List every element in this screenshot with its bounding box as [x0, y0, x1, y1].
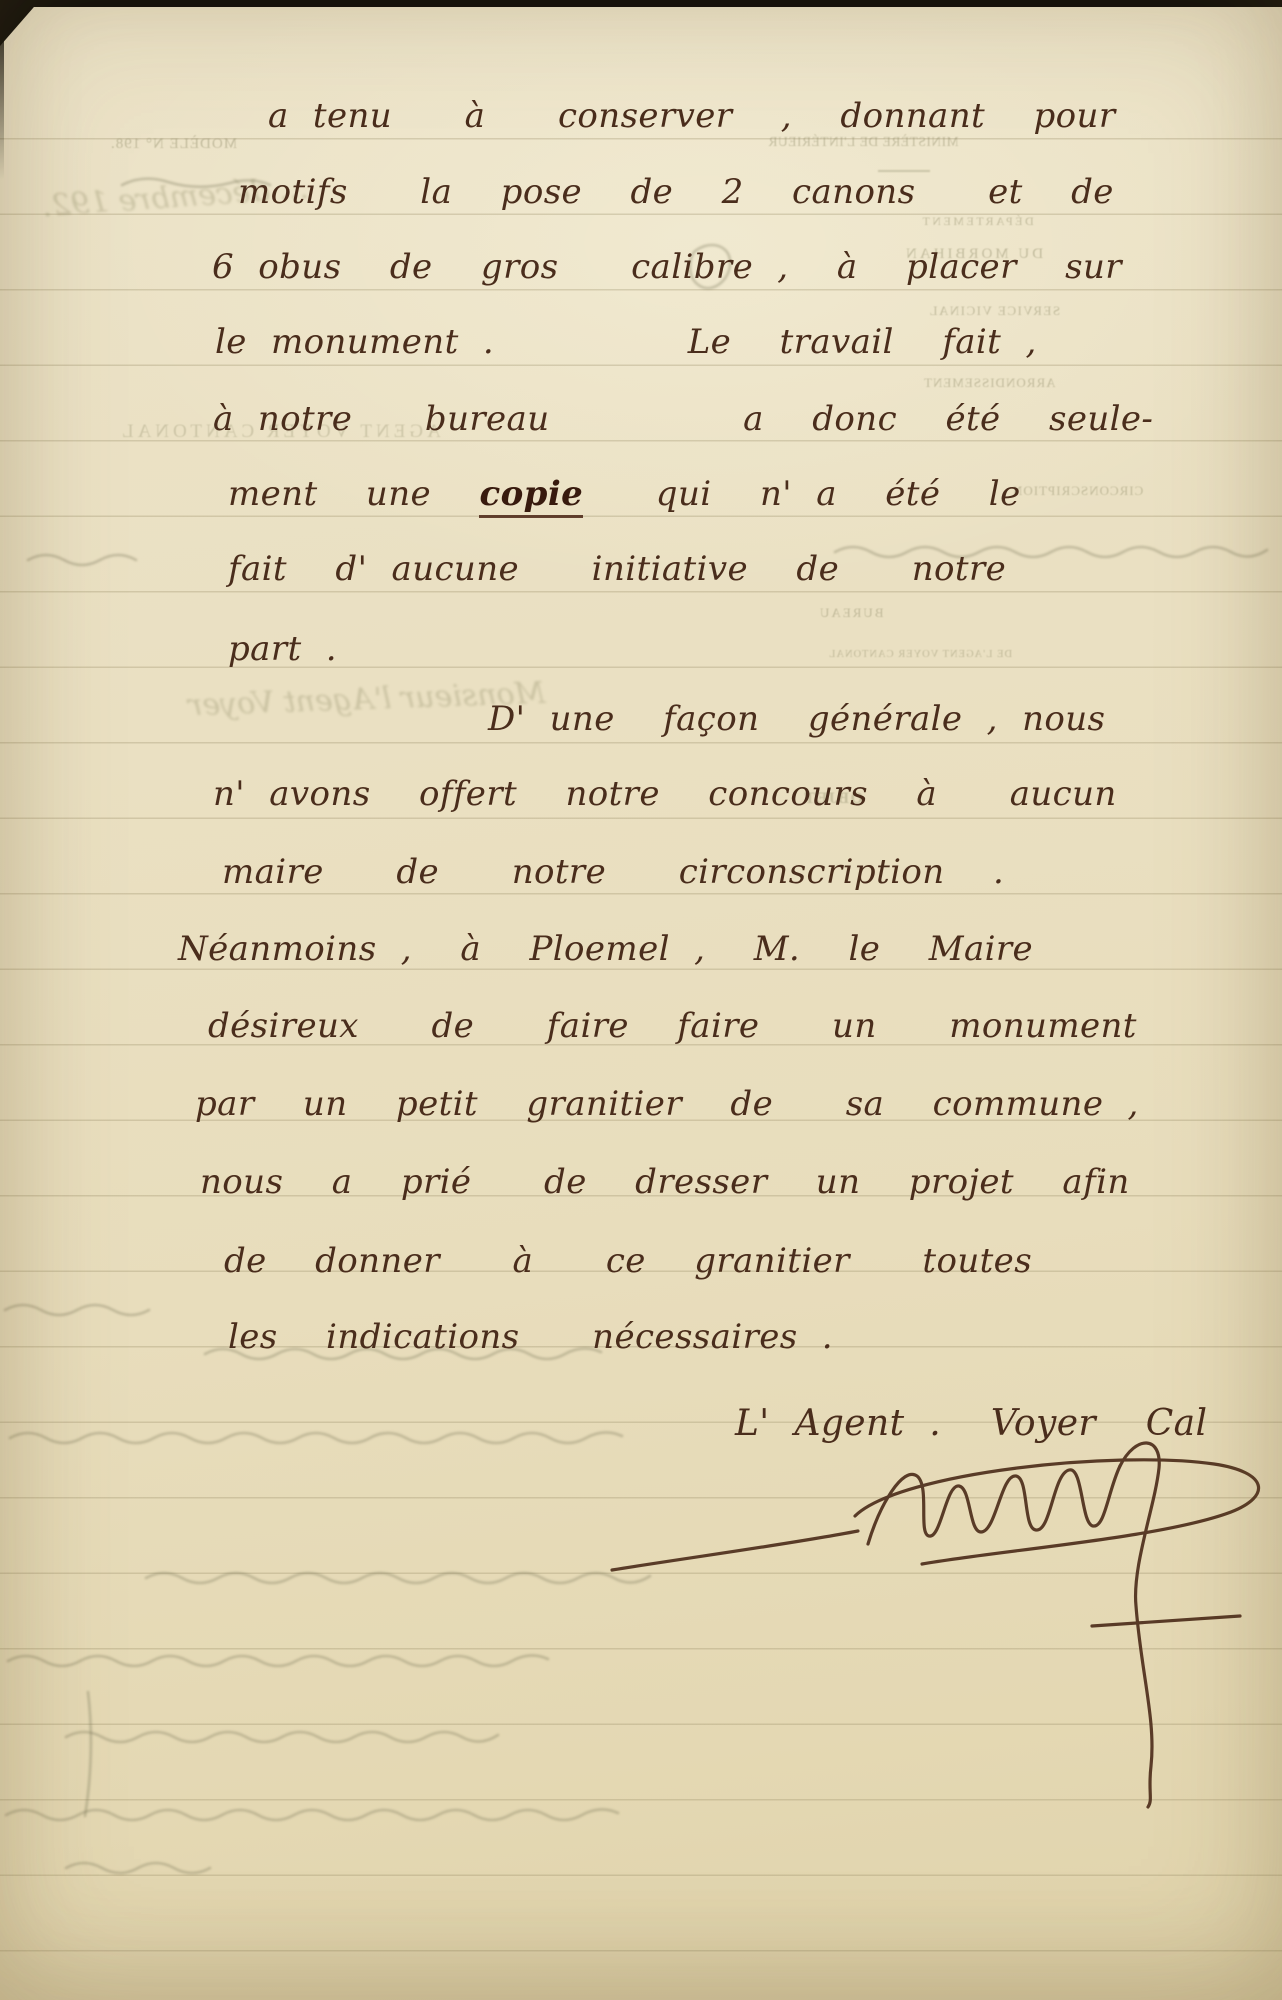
scan-edge-left [0, 0, 4, 180]
scan-corner-top-left [0, 0, 40, 46]
scanned-letter-image: MODÈLE N° 198. MINISTÈRE DE L'INTÉRIEUR … [0, 0, 1282, 2000]
scan-edge-top [0, 0, 1282, 7]
letter-page: MODÈLE N° 198. MINISTÈRE DE L'INTÉRIEUR … [0, 4, 1282, 2000]
signature [0, 4, 1282, 2000]
